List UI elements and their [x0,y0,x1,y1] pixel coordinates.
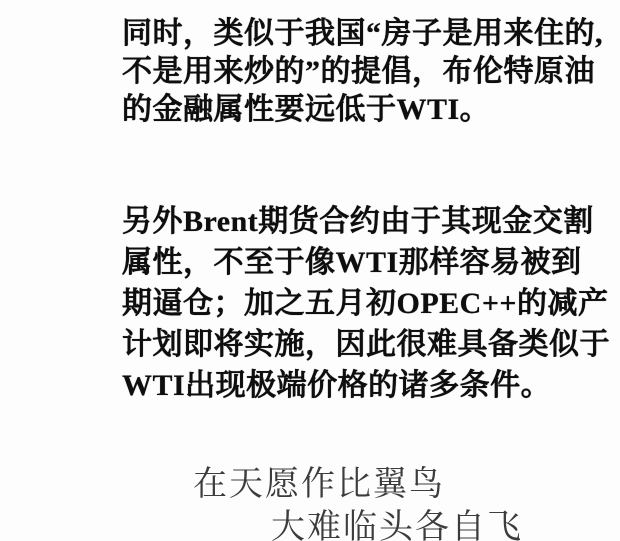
paragraph1-line-3: 的金融属性要远低于WTI。 [122,91,603,129]
paragraph2-line-5: WTI出现极端价格的诸多条件。 [122,365,610,406]
paragraph2-line-3: 期逼仓；加之五月初OPEC++的减产 [122,283,610,324]
paragraph-oil-financial-attribute: 同时，类似于我国“房子是用来住的, 不是用来炒的”的提倡，布伦特原油 的金融属性… [122,15,603,129]
paragraph1-line-1: 同时，类似于我国“房子是用来住的, [122,15,603,53]
paragraph2-line-1: 另外Brent期货合约由于其现金交割 [122,201,610,242]
caption-line-1: 在天愿作比翼鸟 [193,456,445,505]
paragraph2-line-4: 计划即将实施，因此很难具备类似于 [122,324,610,365]
caption-line-2: 大难临头各自飞 [271,499,523,541]
meme-image: 同时，类似于我国“房子是用来住的, 不是用来炒的”的提倡，布伦特原油 的金融属性… [0,0,620,541]
paragraph1-line-2: 不是用来炒的”的提倡，布伦特原油 [122,53,603,91]
paragraph-brent-futures: 另外Brent期货合约由于其现金交割 属性，不至于像WTI那样容易被到 期逼仓；… [122,201,610,406]
paragraph2-line-2: 属性，不至于像WTI那样容易被到 [122,242,610,283]
